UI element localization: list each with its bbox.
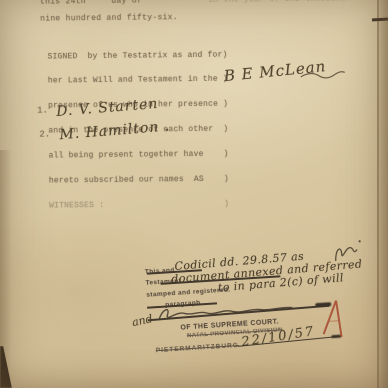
page-right-shadow: [379, 0, 388, 388]
attestation-line: SIGNED by the Testatrix as and for): [48, 51, 228, 61]
page-edge-line: [377, 0, 379, 388]
exhibit-a-mark: [318, 297, 348, 340]
date-line-faded: in the year of One thousand: [142, 0, 346, 6]
year-line: nine hundred and fifty-six.: [40, 13, 178, 23]
stamp-place: PIETERMARITZBURG: [156, 342, 239, 354]
attestation-line: all being present together have ): [49, 151, 229, 161]
signature-flourish: [299, 68, 347, 83]
handwritten-and: and: [131, 312, 154, 329]
date-line: this 24th day of in the year of One thou…: [40, 0, 346, 7]
witness-1-number: 1.: [37, 106, 48, 116]
date-line-legible: this 24th day of: [40, 0, 142, 7]
document-scan-paper: this 24th day of in the year of One thou…: [0, 0, 388, 388]
witness-2-number: 2.: [39, 130, 50, 140]
attestation-line: hereto subscribed our names AS ): [49, 176, 229, 186]
clerk-initials-mark: [328, 236, 369, 268]
attestation-line: WITNESSES : ): [49, 201, 229, 211]
document-content: this 24th day of in the year of One thou…: [0, 0, 388, 388]
attestation-line: her Last Will and Testament in the ): [48, 76, 228, 86]
